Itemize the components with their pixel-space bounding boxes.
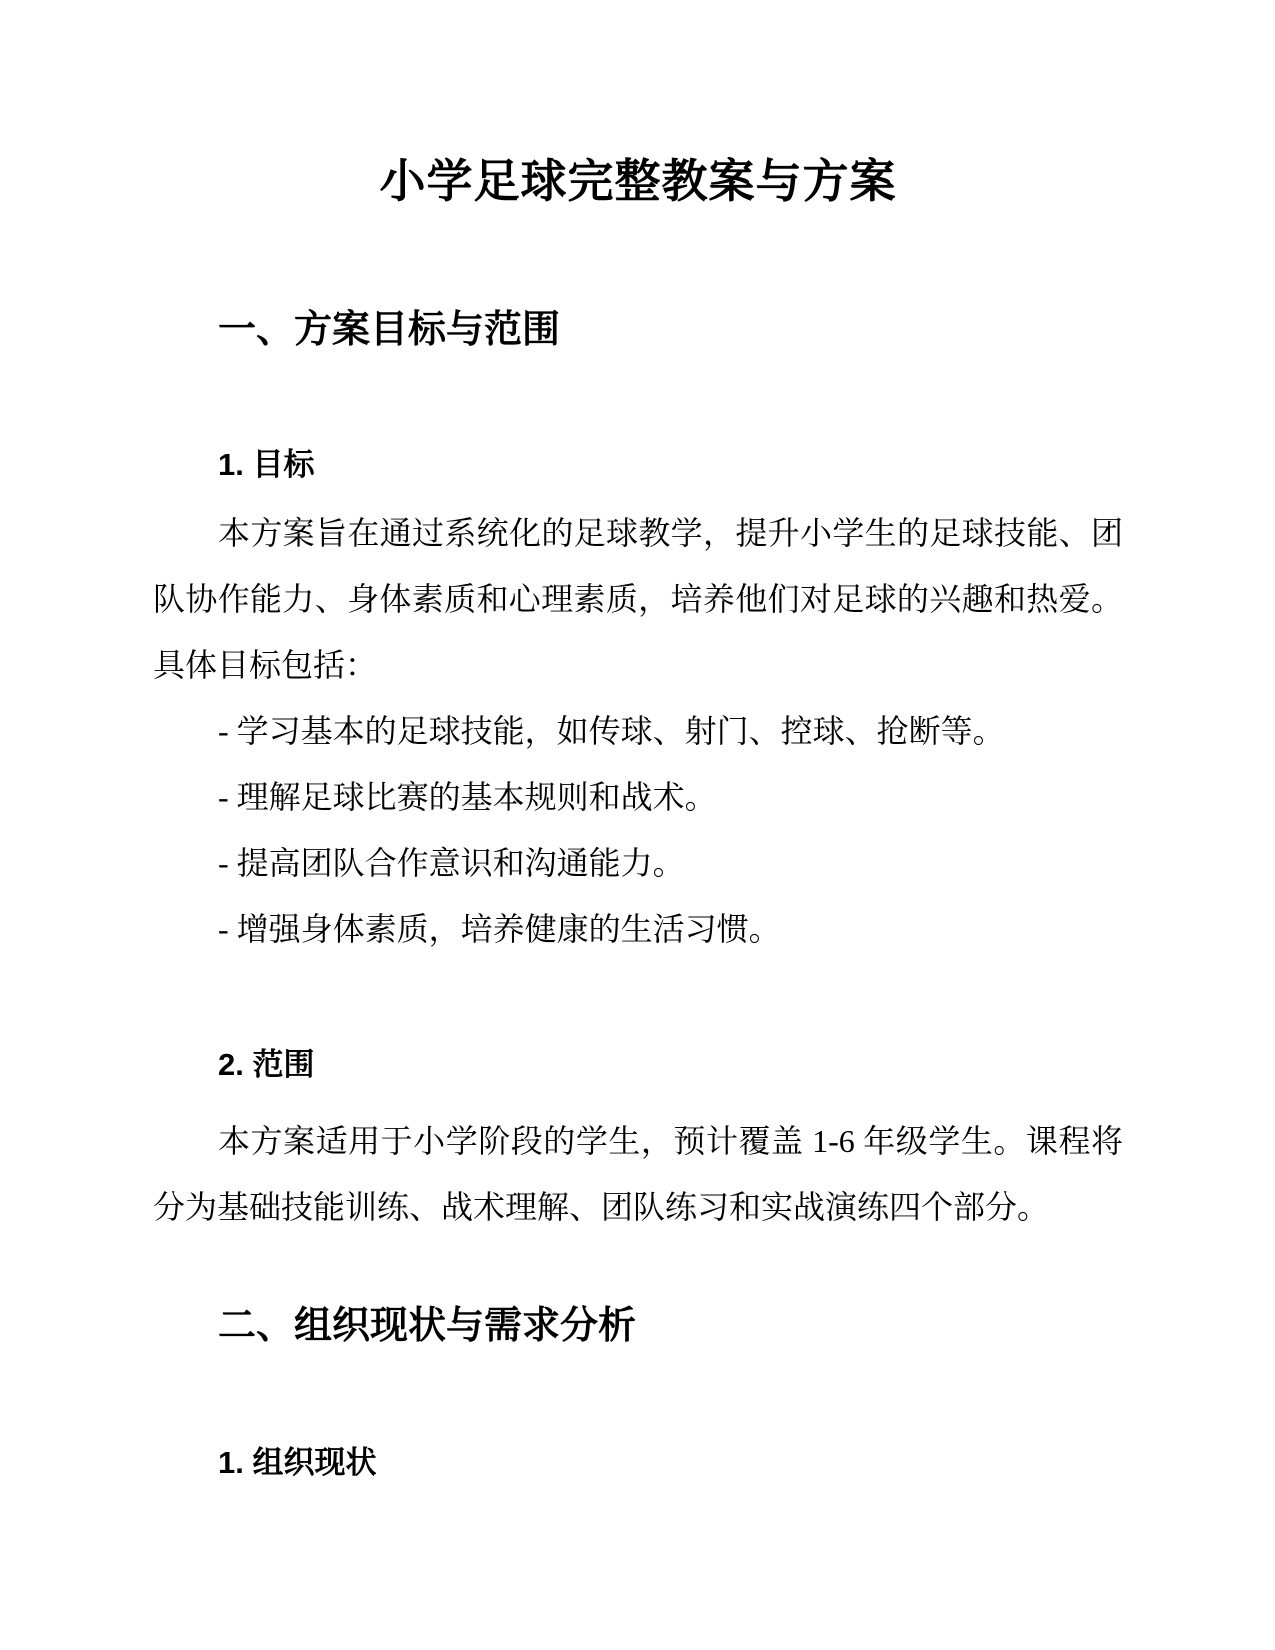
scope-paragraph: 本方案适用于小学阶段的学生，预计覆盖 1-6 年级学生。课程将分为基础技能训练、…: [153, 1108, 1123, 1240]
section-heading-1: 一、方案目标与范围: [153, 306, 1123, 354]
goals-paragraph: 本方案旨在通过系统化的足球教学，提升小学生的足球技能、团队协作能力、身体素质和心…: [153, 500, 1123, 698]
section-heading-2: 二、组织现状与需求分析: [153, 1302, 1123, 1350]
goal-bullet-skills: - 学习基本的足球技能，如传球、射门、控球、抢断等。: [153, 698, 1123, 764]
subsection-heading-scope: 2. 范围: [153, 1044, 1123, 1086]
goal-bullet-teamwork: - 提高团队合作意识和沟通能力。: [153, 830, 1123, 896]
subsection-heading-goals: 1. 目标: [153, 444, 1123, 486]
goal-bullet-fitness: - 增强身体素质，培养健康的生活习惯。: [153, 896, 1123, 962]
document-page: 小学足球完整教案与方案 一、方案目标与范围 1. 目标 本方案旨在通过系统化的足…: [0, 0, 1275, 1650]
subsection-heading-org-status: 1. 组织现状: [153, 1442, 1123, 1484]
document-title: 小学足球完整教案与方案: [153, 152, 1123, 210]
goal-bullet-rules: - 理解足球比赛的基本规则和战术。: [153, 764, 1123, 830]
